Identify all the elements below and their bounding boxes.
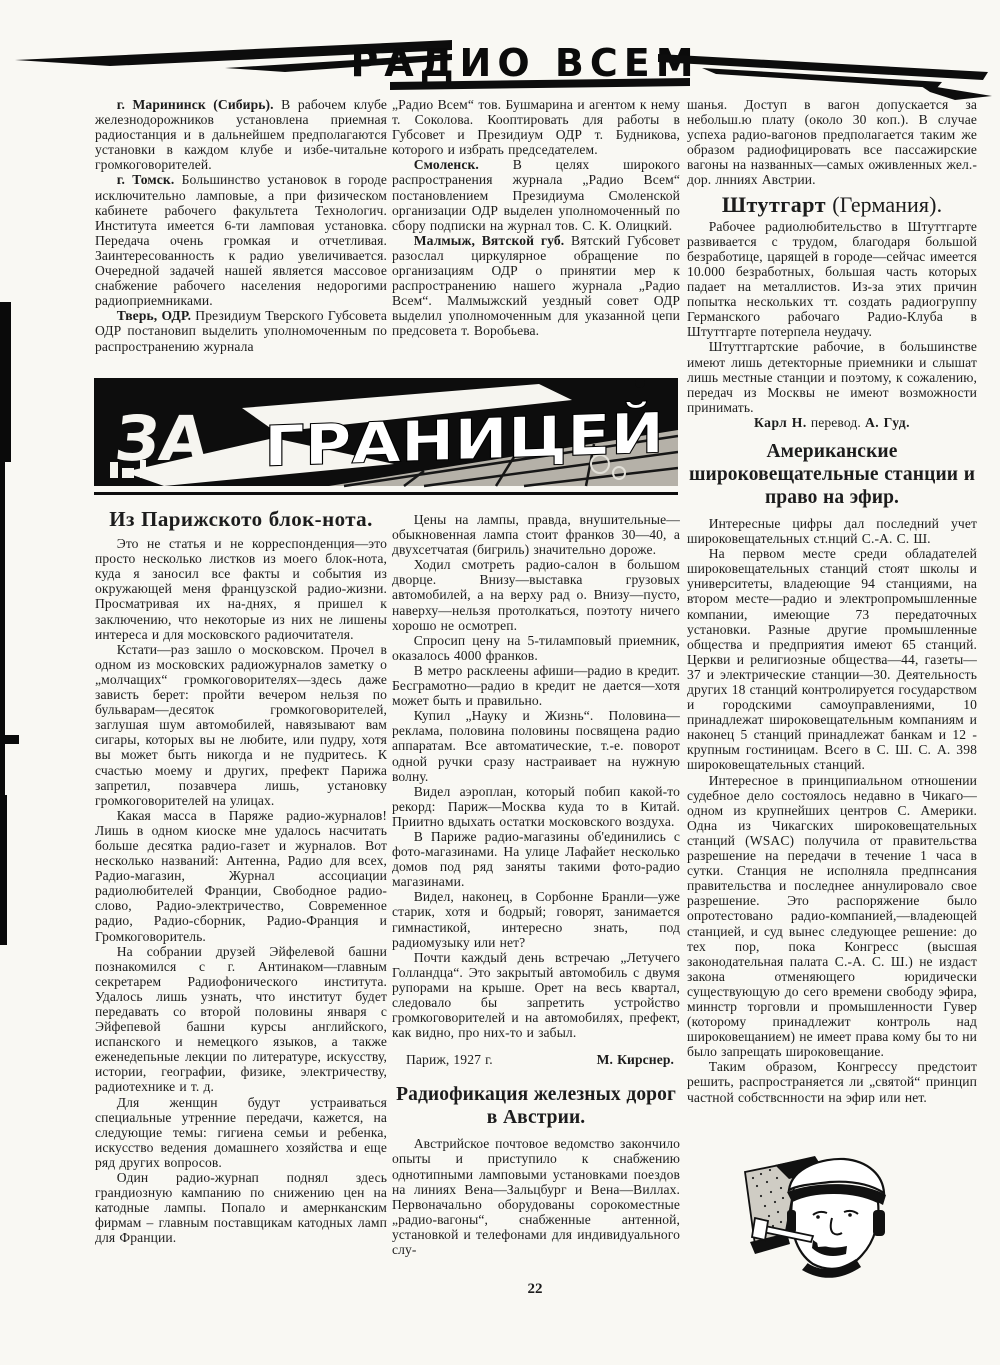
- section-heading-america: Американские широковещательные станции и…: [687, 440, 977, 509]
- paragraph: Цены на лампы, правда, внушительные—обык…: [392, 512, 680, 557]
- paragraph: Для женщин будут устраиваться специальны…: [95, 1095, 387, 1170]
- section-heading-austria: Радиофикация железных дорог в Австрии.: [392, 1083, 680, 1129]
- column-3: шанья. Доступ в вагон допускается за неб…: [687, 97, 977, 1105]
- banner-word-za: ЗА: [112, 402, 212, 475]
- signature-row: Париж, 1927 г. М. Кирснер.: [392, 1052, 680, 1067]
- paragraph: В метро расклеены афиши—радио в кредит. …: [392, 663, 680, 708]
- headphone-cup-right: [873, 1210, 885, 1236]
- section-heading-paris: Из Парижското блок-нота.: [95, 512, 387, 527]
- paragraph: Интересные цифры дал последний учет широ…: [687, 516, 977, 546]
- signature-author: М. Кирснер.: [597, 1052, 674, 1067]
- paragraph: Ходил смотреть радио-салон в большом дво…: [392, 557, 680, 632]
- binding-mark: [0, 795, 7, 945]
- binding-mark: [0, 460, 5, 795]
- paragraph: Кстати—раз зашло о московском. Прочел в …: [95, 642, 387, 808]
- masthead: РАДИО ВСЕМ: [0, 36, 1000, 100]
- column-2-main: Цены на лампы, правда, внушительные—обык…: [392, 512, 680, 1257]
- byline: Карл Н. перевод. А. Гуд.: [687, 415, 977, 430]
- news-item-text: Большинство установок в городе исключите…: [95, 172, 387, 308]
- paragraph: Купил „Науку и Жизнь“. Половина—реклама,…: [392, 708, 680, 783]
- binding-mark: [0, 302, 11, 462]
- news-item-text: Вятский Губсовет разослал циркулярное об…: [392, 233, 680, 339]
- signature-place: Париж, 1927 г.: [406, 1052, 493, 1067]
- paragraph: Штуттгартские рабочие, в большинстве име…: [687, 339, 977, 414]
- binding-mark: [0, 735, 19, 744]
- news-item: Малмыж, Вятской губ. Вятский Губсовет ра…: [392, 233, 680, 339]
- section-heading-stuttgart: Штутгарт (Германия).: [687, 197, 977, 212]
- news-item: Тверь, ОДР. Президиум Тверского Губсовет…: [95, 308, 387, 353]
- news-item: г. Марининск (Сибирь). В рабочем клубе ж…: [95, 97, 387, 172]
- magazine-page: { "masthead": { "title": "РАДИО ВСЕМ" },…: [0, 0, 1000, 1365]
- pipe-bowl: [752, 1218, 768, 1240]
- paragraph: На первом месте среди обладателей широко…: [687, 546, 977, 772]
- paragraph: Таким образом, Конгрессу предстоит решит…: [687, 1059, 977, 1104]
- column-1-main: Из Парижското блок-нота. Это не статья и…: [95, 512, 387, 1246]
- paragraph: На собрании друзей Эйфелевой башни позна…: [95, 944, 387, 1095]
- news-item-lead: Тверь, ОДР.: [117, 308, 191, 323]
- paragraph: Один радио-журнап поднял здесь грандиозн…: [95, 1170, 387, 1245]
- paragraph: Видел, наконец, в Сорбонне Бранли—уже ст…: [392, 889, 680, 949]
- headphone-cup-left: [787, 1210, 796, 1233]
- paragraph: Австрийское почтовое ведомство закончило…: [392, 1136, 680, 1257]
- paragraph: шанья. Доступ в вагон допускается за неб…: [687, 97, 977, 188]
- news-item-lead: Смоленск.: [414, 157, 479, 172]
- banner-word-granitsey: ГРАНИЦЕЙ: [264, 400, 664, 480]
- news-item-lead: г. Томск.: [117, 172, 175, 187]
- paragraph: Это не статья и не корреспонденция—это п…: [95, 536, 387, 642]
- column-2-top: „Радио Всем“ тов. Бушмарина и агентом к …: [392, 97, 680, 339]
- face: [791, 1193, 878, 1269]
- news-item: г. Томск. Большинство установок в городе…: [95, 172, 387, 308]
- abroad-banner-illustration: ЗА ГРАНИЦЕЙ: [94, 376, 678, 498]
- paragraph: Видел аэроплан, который побип какой-то р…: [392, 784, 680, 829]
- paragraph: Рабочее радиолюбительство в Штуттгарте р…: [687, 219, 977, 340]
- column-1-top: г. Марининск (Сибирь). В рабочем клубе ж…: [95, 97, 387, 354]
- page-number: 22: [95, 1281, 975, 1298]
- man-with-pipe-illustration: [715, 1150, 915, 1300]
- masthead-title: РАДИО ВСЕМ: [350, 41, 699, 85]
- news-item-text: „Радио Всем“ тов. Бушмарина и агентом к …: [392, 97, 680, 157]
- news-item-lead: г. Марининск (Сибирь).: [117, 97, 274, 112]
- paragraph: В Париже радио-магазины об'единились с ф…: [392, 829, 680, 889]
- news-item-lead: Малмыж, Вятской губ.: [414, 233, 564, 248]
- paragraph: Какая масса в Паряже радио-журналов! Лиш…: [95, 808, 387, 944]
- paragraph: Спросип цену на 5-тиламповый приемник, о…: [392, 633, 680, 663]
- news-item: „Радио Всем“ тов. Бушмарина и агентом к …: [392, 97, 680, 157]
- paragraph: Интересное в принципиальном отношении су…: [687, 773, 977, 1060]
- news-item: Смоленск. В целях широкого распространен…: [392, 157, 680, 232]
- paragraph: Почти каждый день встречаю „Летучего Гол…: [392, 950, 680, 1041]
